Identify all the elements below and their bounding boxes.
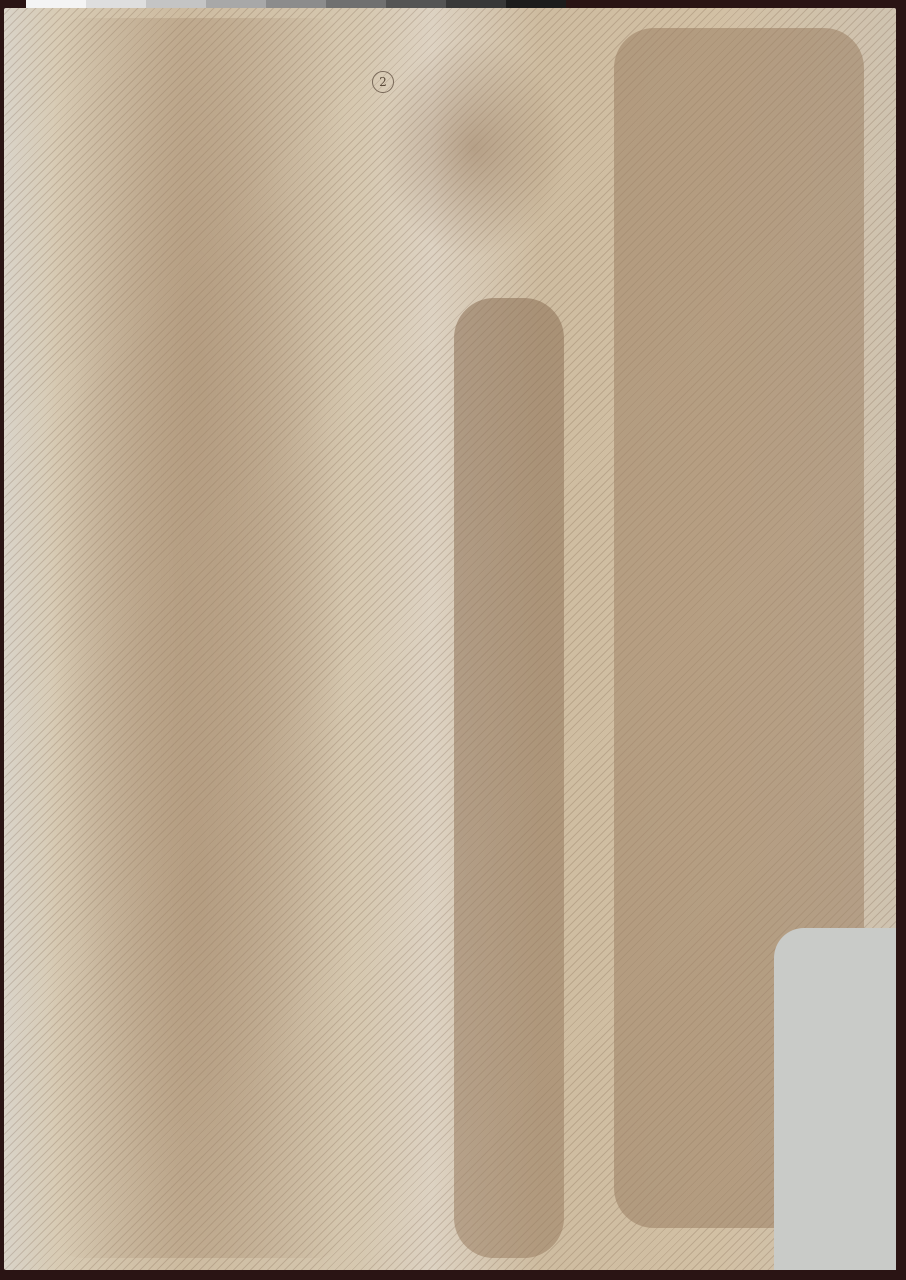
torn-paper-patch [774,928,896,1270]
left-acanthus-panel [44,18,354,1258]
top-palmette-ornament [379,38,569,258]
calibration-strip [26,0,566,8]
center-candelabrum-panel [454,298,564,1258]
drawing-sheet: 2 [4,8,896,1270]
page-number-marker: 2 [372,71,394,93]
